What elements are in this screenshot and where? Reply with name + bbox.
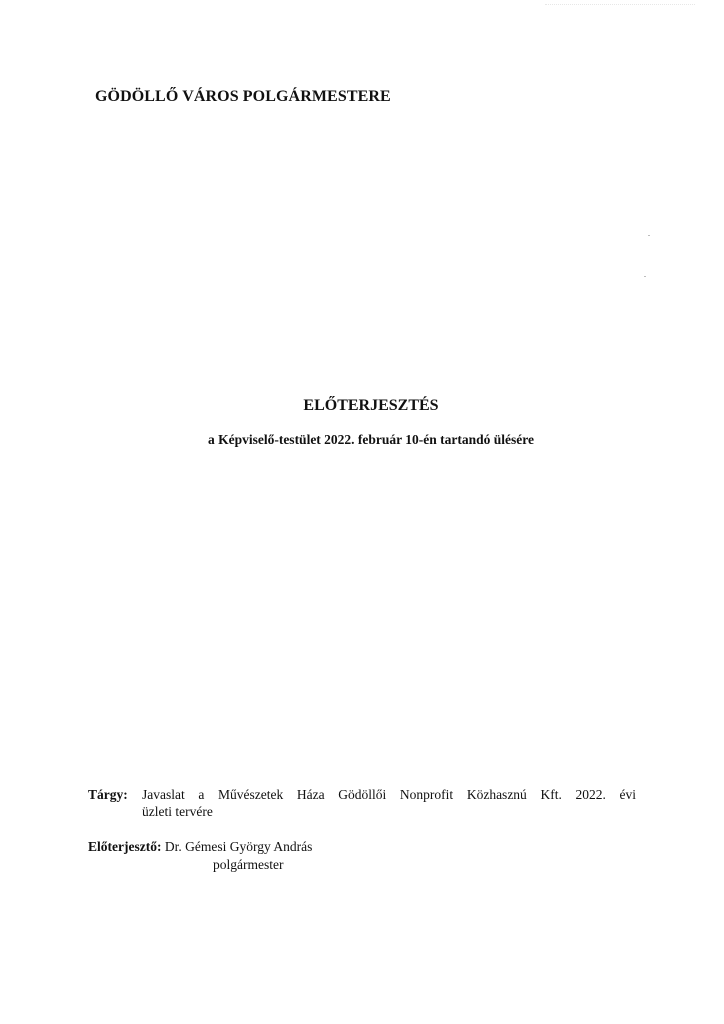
document-subtitle: a Képviselő-testület 2022. február 10-én… xyxy=(0,432,724,448)
subject-value: Javaslat a Művészetek Háza Gödöllői Nonp… xyxy=(142,786,636,820)
subject-line-2: üzleti tervére xyxy=(142,803,636,820)
document-page: GÖDÖLLŐ VÁROS POLGÁRMESTERE ELŐTERJESZTÉ… xyxy=(0,0,724,1024)
presenter-block: Előterjesztő: Dr. Gémesi György András p… xyxy=(88,838,312,874)
presenter-name: Dr. Gémesi György András xyxy=(165,839,313,854)
scan-artifact xyxy=(644,276,646,277)
document-title: ELŐTERJESZTÉS xyxy=(0,397,724,415)
presenter-label: Előterjesztő: xyxy=(88,839,161,854)
scan-artifact xyxy=(648,235,650,236)
subject-block: Tárgy: Javaslat a Művészetek Háza Gödöll… xyxy=(88,786,636,820)
subject-label: Tárgy: xyxy=(88,786,128,803)
scan-artifact xyxy=(545,4,695,9)
organization-heading: GÖDÖLLŐ VÁROS POLGÁRMESTERE xyxy=(95,88,391,106)
presenter-role: polgármester xyxy=(213,856,312,874)
subject-line-1: Javaslat a Művészetek Háza Gödöllői Nonp… xyxy=(142,786,636,803)
